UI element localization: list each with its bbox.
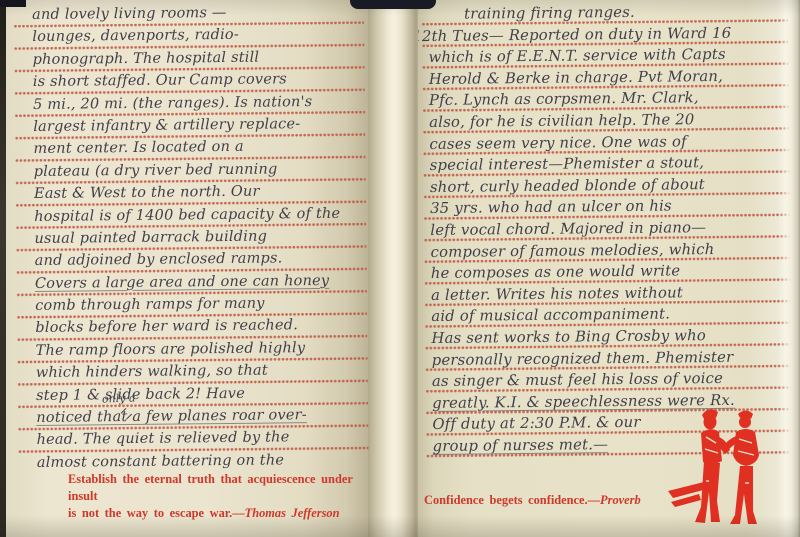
printed-quote-left: Establish the eternal truth that acquies…: [68, 471, 370, 522]
quote-author: Proverb: [600, 493, 641, 507]
handwritten-line: hospital is of 1400 bed capacity & of th…: [34, 202, 370, 228]
left-page: and lovely living rooms — lounges, daven…: [6, 0, 368, 537]
quote-author: Thomas Jefferson: [245, 506, 340, 520]
caret-mark: [124, 408, 132, 416]
handwriting-right: training firing ranges. 12th Tues— Repor…: [428, 0, 800, 457]
inserted-words: only a: [102, 391, 136, 405]
two-soldiers-icon: [666, 403, 778, 531]
photo-corner-dark: [0, 0, 26, 7]
book-gutter: [368, 0, 418, 537]
handwritten-line: Covers a large area and one can honey: [35, 269, 371, 295]
quote-text: is not the way to escape war.—: [68, 506, 245, 520]
quote-text-line2: is not the way to escape war.—Thomas Jef…: [68, 505, 370, 522]
quote-text-line1: Establish the eternal truth that acquies…: [68, 471, 370, 505]
journal-spread: and lovely living rooms — lounges, daven…: [0, 0, 800, 537]
quote-text: Confidence begets confidence.—: [424, 493, 600, 507]
right-page: training firing ranges. 12th Tues— Repor…: [418, 0, 800, 537]
page-edge-highlight: [778, 0, 800, 537]
handwriting-left: and lovely living rooms — lounges, daven…: [32, 0, 373, 474]
